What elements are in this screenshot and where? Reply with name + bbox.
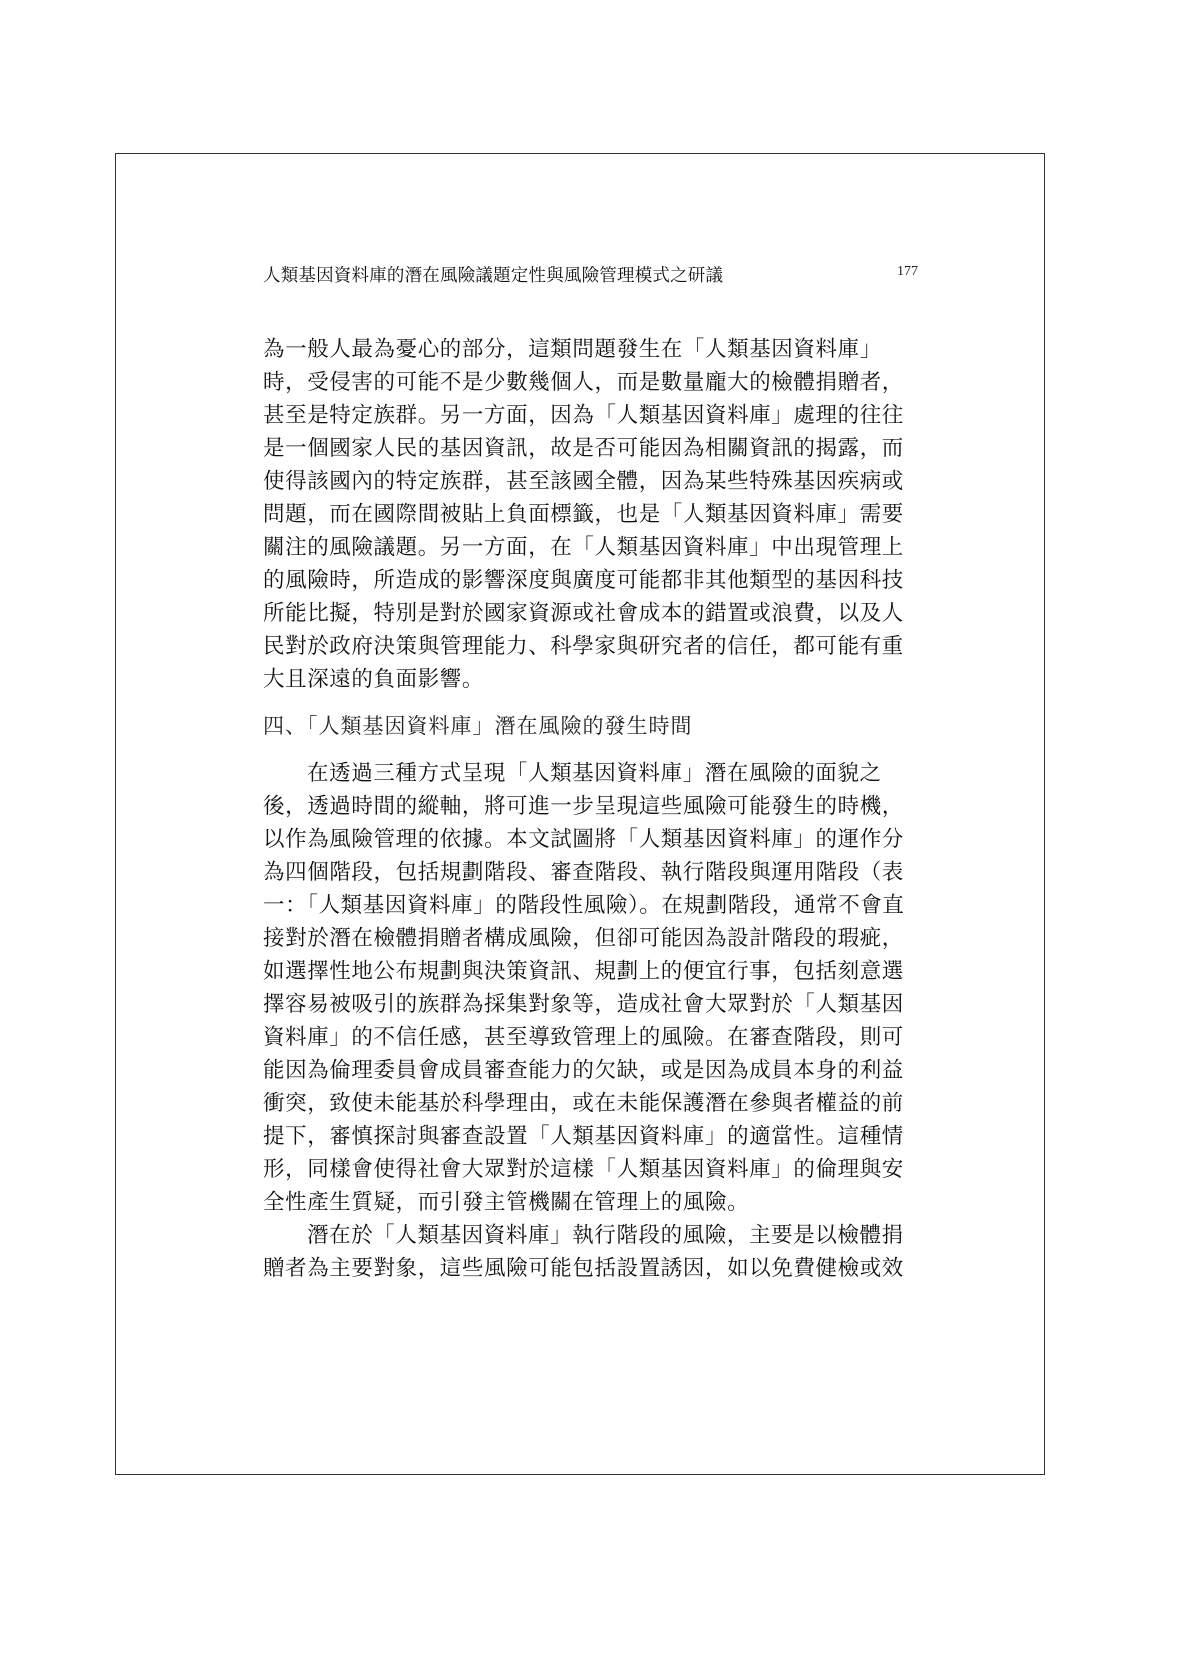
text-line: 時，受侵害的可能不是少數幾個人，而是數量龐大的檢體捐贈者， [263, 366, 919, 399]
paragraph-3: 潛在於「人類基因資料庫」執行階段的風險，主要是以檢體捐 贈者為主要對象，這些風險… [263, 1219, 919, 1285]
text-line: 在透過三種方式呈現「人類基因資料庫」潛在風險的面貌之 [263, 757, 919, 790]
text-line: 是一個國家人民的基因資訊，故是否可能因為相關資訊的揭露，而 [263, 432, 919, 465]
text-line: 大且深遠的負面影響。 [263, 663, 919, 696]
text-line: 甚至是特定族群。另一方面，因為「人類基因資料庫」處理的往往 [263, 399, 919, 432]
text-line: 資料庫」的不信任感，甚至導致管理上的風險。在審查階段，則可 [263, 1021, 919, 1054]
text-line: 後，透過時間的縱軸，將可進一步呈現這些風險可能發生的時機， [263, 790, 919, 823]
section-heading: 四、「人類基因資料庫」潛在風險的發生時間 [263, 710, 919, 743]
text-line: 能因為倫理委員會成員審查能力的欠缺，或是因為成員本身的利益 [263, 1054, 919, 1087]
text-line: 提下，審慎探討與審查設置「人類基因資料庫」的適當性。這種情 [263, 1120, 919, 1153]
text-line: 為一般人最為憂心的部分，這類問題發生在「人類基因資料庫」 [263, 333, 919, 366]
text-line: 全性產生質疑，而引發主管機關在管理上的風險。 [263, 1186, 919, 1219]
running-header: 人類基因資料庫的潛在風險議題定性與風險管理模式之研議 177 [263, 262, 918, 286]
text-line: 使得該國內的特定族群，甚至該國全體，因為某些特殊基因疾病或 [263, 465, 919, 498]
body-text: 為一般人最為憂心的部分，這類問題發生在「人類基因資料庫」 時，受侵害的可能不是少… [263, 333, 919, 1285]
text-line: 關注的風險議題。另一方面，在「人類基因資料庫」中出現管理上 [263, 531, 919, 564]
text-line: 衝突，致使未能基於科學理由，或在未能保護潛在參與者權益的前 [263, 1087, 919, 1120]
text-line: 所能比擬，特別是對於國家資源或社會成本的錯置或浪費，以及人 [263, 597, 919, 630]
text-line: 形，同樣會使得社會大眾對於這樣「人類基因資料庫」的倫理與安 [263, 1153, 919, 1186]
text-line: 潛在於「人類基因資料庫」執行階段的風險，主要是以檢體捐 [263, 1219, 919, 1252]
paragraph-1: 為一般人最為憂心的部分，這類問題發生在「人類基因資料庫」 時，受侵害的可能不是少… [263, 333, 919, 696]
paragraph-2: 在透過三種方式呈現「人類基因資料庫」潛在風險的面貌之 後，透過時間的縱軸，將可進… [263, 757, 919, 1219]
text-line: 為四個階段，包括規劃階段、審查階段、執行階段與運用階段（表 [263, 856, 919, 889]
page-number: 177 [897, 264, 918, 280]
text-line: 問題，而在國際間被貼上負面標籤，也是「人類基因資料庫」需要 [263, 498, 919, 531]
text-line: 的風險時，所造成的影響深度與廣度可能都非其他類型的基因科技 [263, 564, 919, 597]
text-line: 如選擇性地公布規劃與決策資訊、規劃上的便宜行事，包括刻意選 [263, 955, 919, 988]
text-line: 一：「人類基因資料庫」的階段性風險）。在規劃階段，通常不會直 [263, 889, 919, 922]
text-line: 民對於政府決策與管理能力、科學家與研究者的信任，都可能有重 [263, 630, 919, 663]
text-line: 以作為風險管理的依據。本文試圖將「人類基因資料庫」的運作分 [263, 823, 919, 856]
text-line: 擇容易被吸引的族群為採集對象等，造成社會大眾對於「人類基因 [263, 988, 919, 1021]
text-line: 贈者為主要對象，這些風險可能包括設置誘因，如以免費健檢或效 [263, 1252, 919, 1285]
running-title: 人類基因資料庫的潛在風險議題定性與風險管理模式之研議 [263, 262, 723, 287]
text-line: 接對於潛在檢體捐贈者構成風險，但卻可能因為設計階段的瑕疵， [263, 922, 919, 955]
